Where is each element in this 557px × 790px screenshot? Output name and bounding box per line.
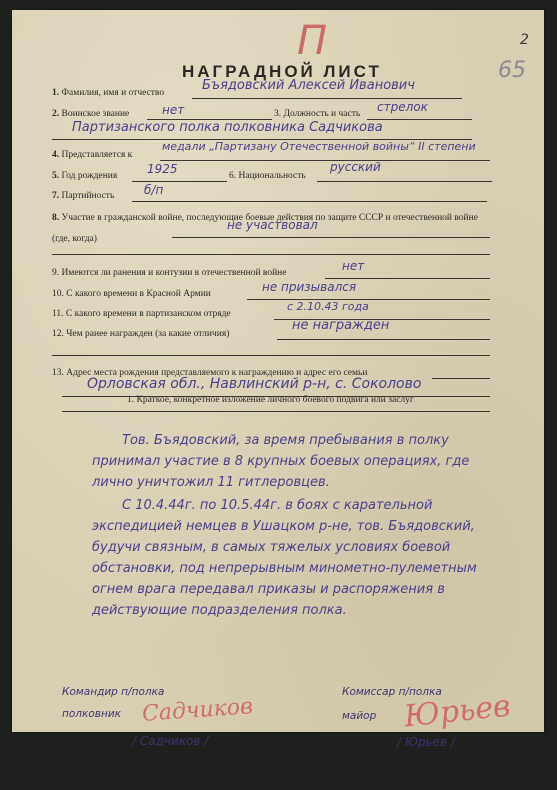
field-4-value: медали „Партизану Отечественной войны“ I… (162, 140, 476, 153)
field-6-label: 6. Национальность (229, 171, 306, 181)
field-10-value: не призывался (262, 280, 356, 294)
field-10-label: 10. С какого времени в Красной Армии (52, 289, 211, 299)
right-signer-rank: майор (342, 710, 376, 722)
narrative-paragraph-1: Тов. Бъядовский, за время пребывания в п… (92, 430, 512, 493)
field-3-unit-value: Партизанского полка полковника Садчикова (72, 120, 383, 135)
field-3-label: 3. Должность и часть (274, 109, 360, 119)
left-signer-title: Командир п/полка (62, 686, 164, 698)
field-5-value: 1925 (147, 162, 178, 176)
field-1-label: 1. Фамилия, имя и отчество (52, 88, 164, 98)
left-signature: Садчиков (141, 694, 253, 727)
red-mark: П (297, 18, 327, 64)
left-signer-rank: полковник (62, 708, 121, 720)
field-8-value: не участвовал (227, 218, 318, 232)
narrative-text: Тов. Бъядовский, за время пребывания в п… (92, 430, 512, 623)
field-11-label: 11. С какого времени в партизанском отря… (52, 309, 231, 319)
field-13-value: Орловская обл., Навлинский р-н, с. Сокол… (87, 376, 421, 392)
field-3-value: стрелок (377, 100, 428, 114)
field-11-value: с 2.10.43 года (287, 300, 369, 313)
archive-number: 65 (498, 58, 526, 83)
right-signer-name: / Юрьев / (397, 735, 455, 749)
field-12-value: не награжден (292, 318, 389, 333)
field-12-label: 12. Чем ранее награжден (за какие отличи… (52, 329, 229, 339)
field-6-value: русский (330, 160, 381, 174)
field-9-value: нет (342, 259, 364, 273)
section-heading: 1. Краткое, конкретное изложение личного… (127, 395, 414, 405)
field-1-value: Бъядовский Алексей Иванович (202, 78, 415, 93)
field-9-label: 9. Имеются ли ранения и контузии в отече… (52, 268, 286, 278)
left-signer-name: / Садчиков / (132, 734, 208, 748)
field-4-label: 4. Представляется к (52, 150, 132, 160)
corner-mark: 2 (520, 32, 529, 48)
award-sheet: П 2 65 НАГРАДНОЙ ЛИСТ 1. Фамилия, имя и … (12, 10, 544, 732)
field-5-label: 5. Год рождения (52, 171, 117, 181)
field-7-value: б/п (144, 183, 163, 197)
field-7-label: 7. Партийность (52, 191, 114, 201)
narrative-paragraph-2: С 10.4.44г. по 10.5.44г. в боях с карате… (92, 495, 512, 621)
field-2-value: нет (162, 103, 184, 117)
field-2-label: 2. Воинское звание (52, 109, 129, 119)
